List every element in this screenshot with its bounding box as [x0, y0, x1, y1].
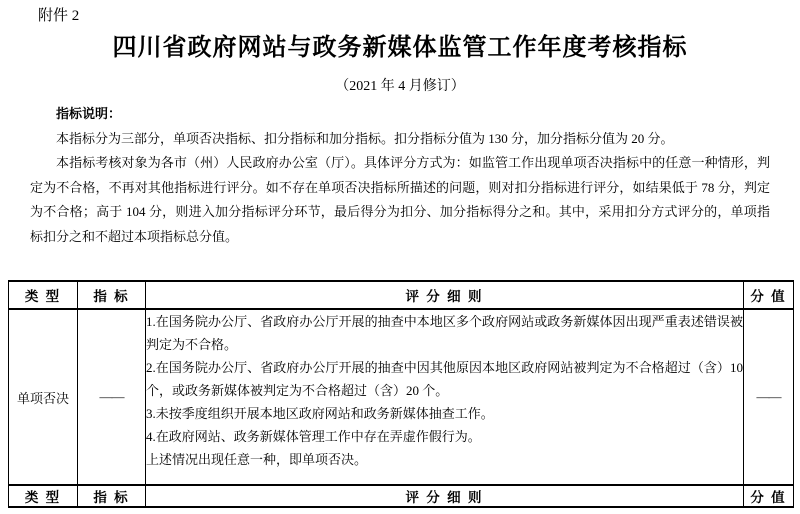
header-score: 分 值: [744, 485, 794, 507]
description-heading: 指标说明：: [30, 102, 770, 127]
scoring-rule-item: 3.未按季度组织开展本地区政府网站和政务新媒体抽查工作。: [146, 402, 743, 425]
header-indicator: 指 标: [78, 485, 146, 507]
header-score: 分 值: [744, 281, 794, 309]
header-scoring-rules: 评 分 细 则: [146, 485, 744, 507]
header-indicator: 指 标: [78, 281, 146, 309]
cell-indicator: ——: [78, 309, 146, 485]
document-page: 附件 2 四川省政府网站与政务新媒体监管工作年度考核指标 （2021 年 4 月…: [0, 0, 800, 514]
scoring-rule-item: 1.在国务院办公厅、省政府办公厅开展的抽查中本地区多个政府网站或政务新媒体因出现…: [146, 310, 743, 356]
header-type: 类 型: [9, 281, 78, 309]
table-header-row-next-page: 类 型 指 标 评 分 细 则 分 值: [9, 485, 794, 507]
scoring-rule-item: 4.在政府网站、政务新媒体管理工作中存在弄虚作假行为。: [146, 425, 743, 448]
table-row: 单项否决 —— 1.在国务院办公厅、省政府办公厅开展的抽查中本地区多个政府网站或…: [9, 309, 794, 485]
description-paragraph-1: 本指标分为三部分，单项否决指标、扣分指标和加分指标。扣分指标分值为 130 分，…: [30, 127, 770, 152]
revision-date: （2021 年 4 月修订）: [0, 78, 800, 96]
header-type: 类 型: [9, 485, 78, 507]
attachment-label: 附件 2: [0, 0, 800, 26]
cell-type: 单项否决: [9, 309, 78, 485]
header-scoring-rules: 评 分 细 则: [146, 281, 744, 309]
cell-scoring-rules: 1.在国务院办公厅、省政府办公厅开展的抽查中本地区多个政府网站或政务新媒体因出现…: [146, 309, 744, 485]
scoring-rule-item: 2.在国务院办公厅、省政府办公厅开展的抽查中因其他原因本地区政府网站被判定为不合…: [146, 356, 743, 402]
scoring-rule-item: 上述情况出现任意一种，即单项否决。: [146, 448, 743, 471]
cell-score: ——: [744, 309, 794, 485]
assessment-table-container: 类 型 指 标 评 分 细 则 分 值 单项否决 —— 1.在国务院办公厅、省政…: [8, 280, 794, 508]
assessment-table: 类 型 指 标 评 分 细 则 分 值 单项否决 —— 1.在国务院办公厅、省政…: [8, 280, 794, 508]
indicator-description: 指标说明： 本指标分为三部分，单项否决指标、扣分指标和加分指标。扣分指标分值为 …: [30, 102, 770, 249]
description-paragraph-2: 本指标考核对象为各市（州）人民政府办公室（厅）。具体评分方式为：如监管工作出现单…: [30, 151, 770, 249]
document-title: 四川省政府网站与政务新媒体监管工作年度考核指标: [0, 33, 800, 63]
table-header-row: 类 型 指 标 评 分 细 则 分 值: [9, 281, 794, 309]
